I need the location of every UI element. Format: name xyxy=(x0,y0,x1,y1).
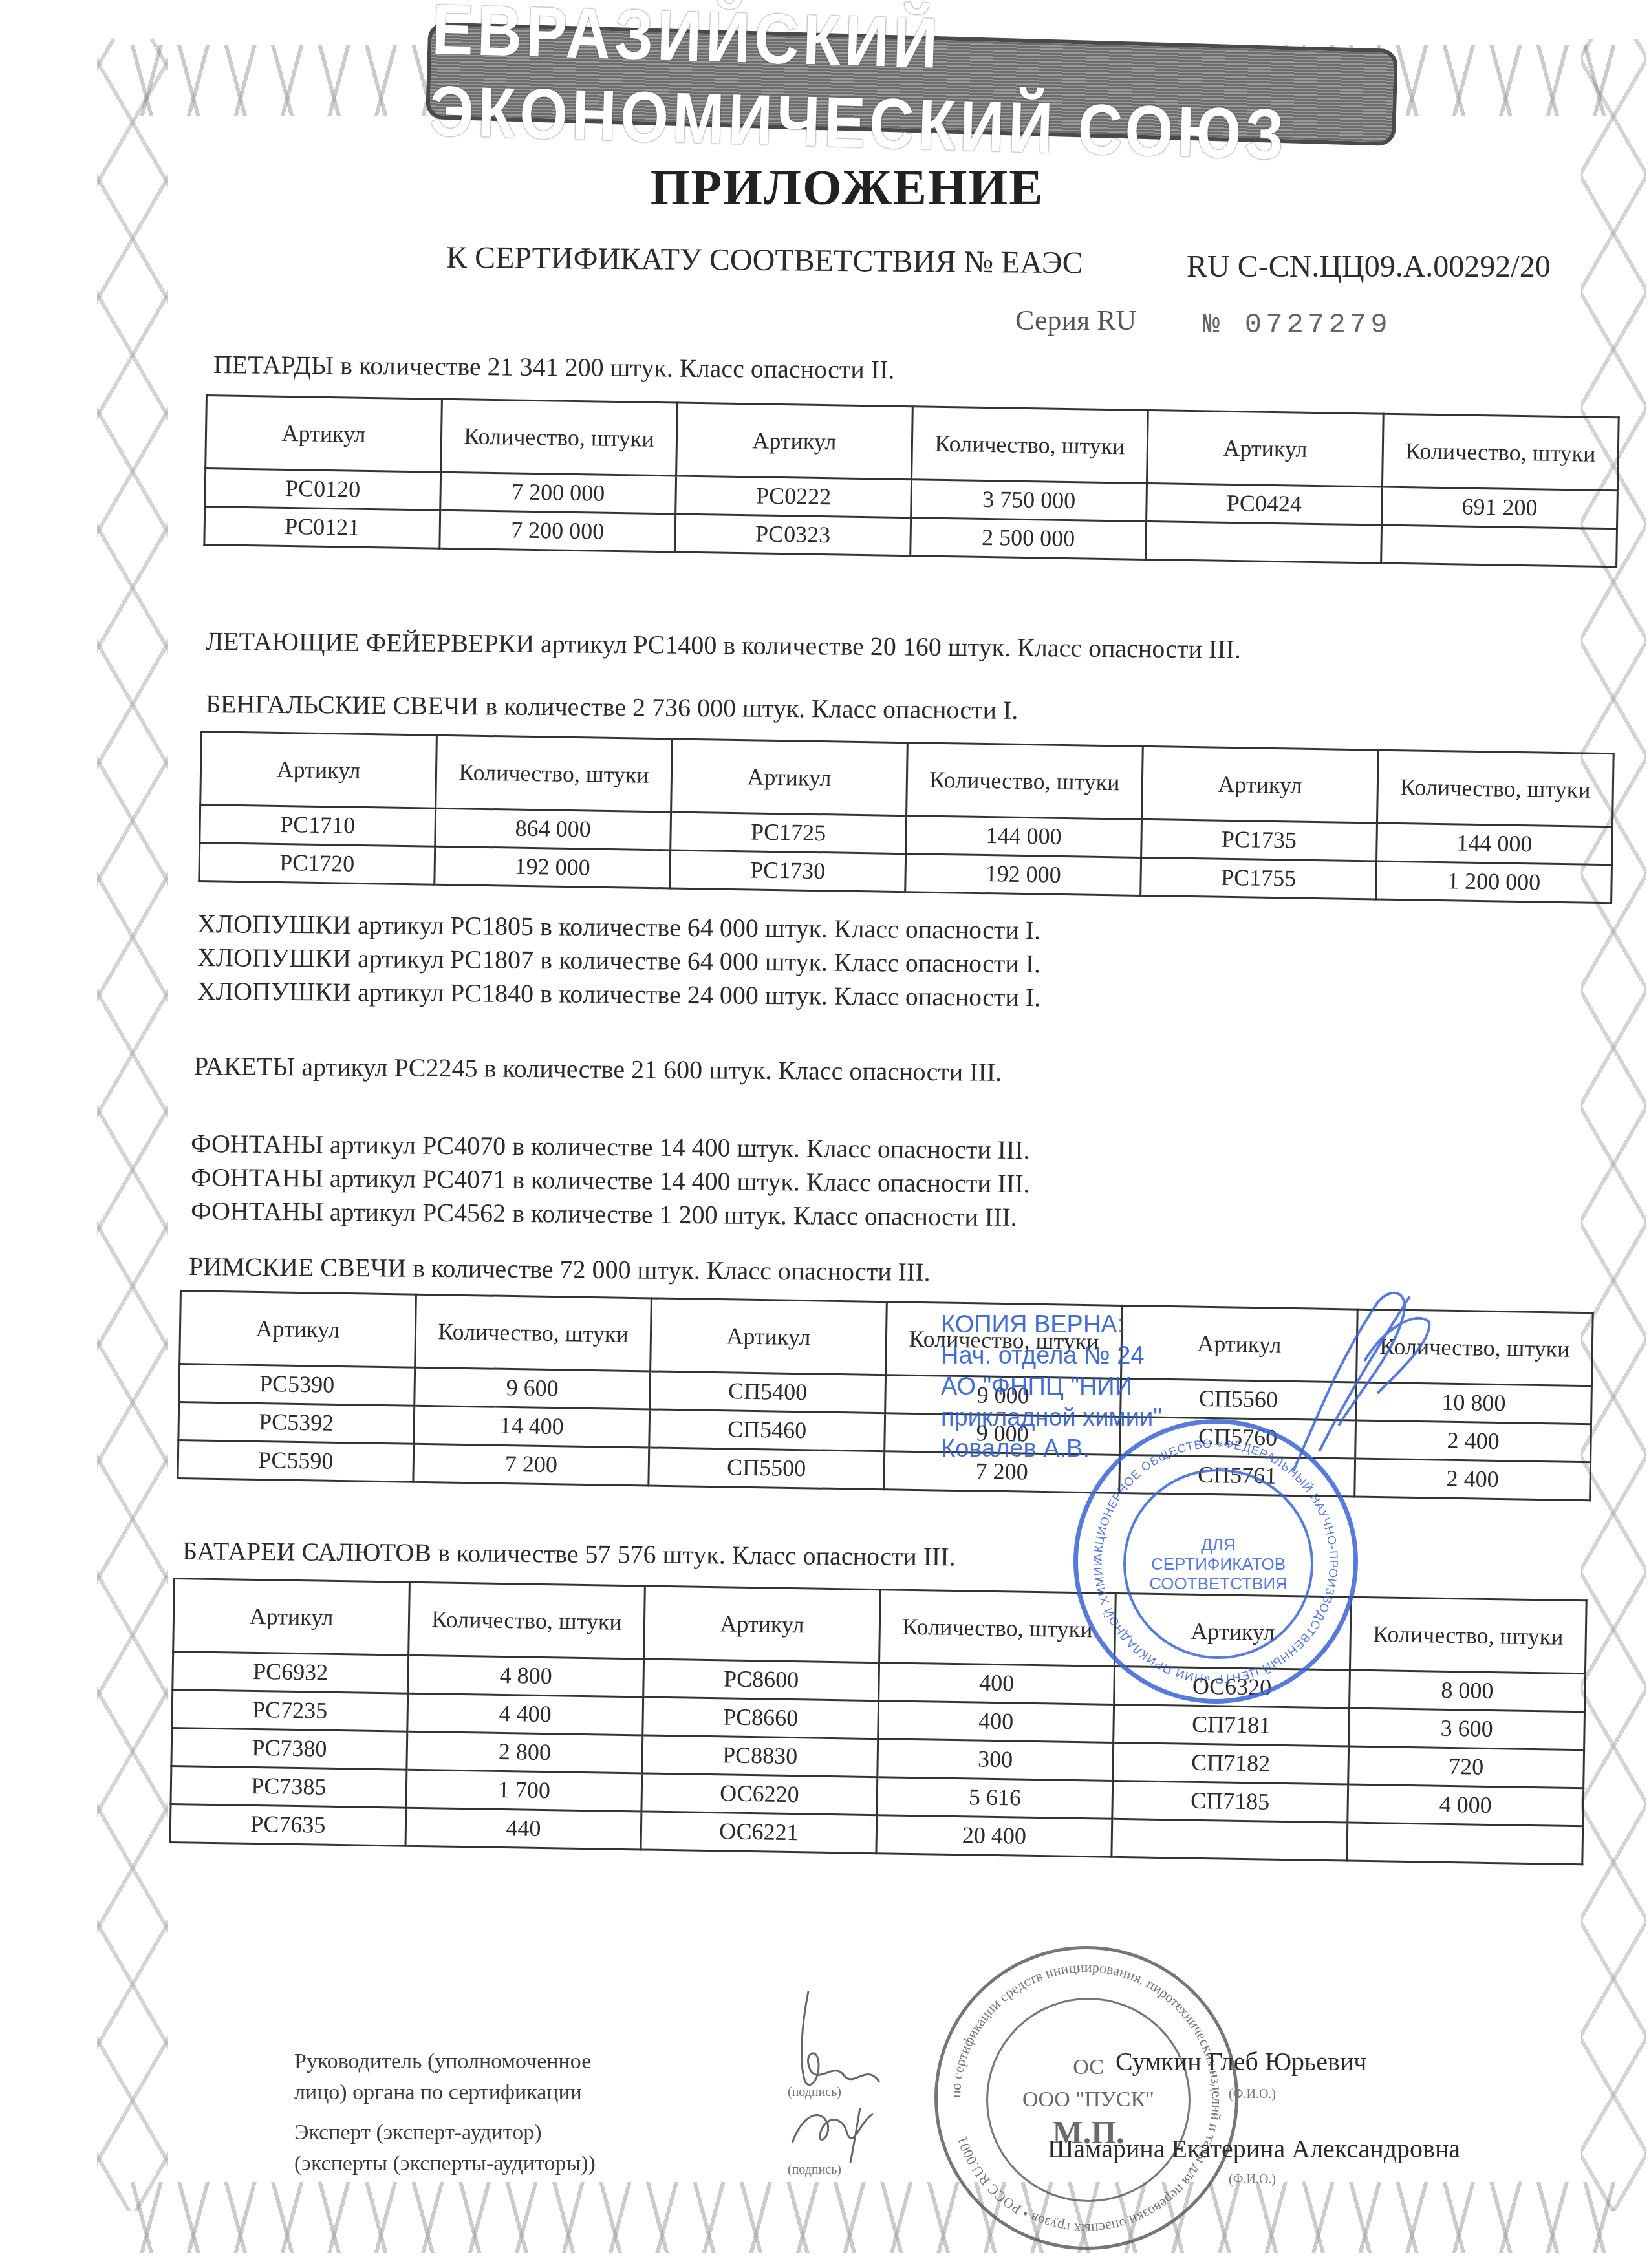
header-quantity: Количество, штуки xyxy=(912,407,1148,484)
header-quantity: Количество, штуки xyxy=(409,1582,645,1659)
expert-label: Эксперт (эксперт-аудитор) (эксперты (экс… xyxy=(294,2117,596,2179)
seal-center-line: ООО "ПУСК" xyxy=(1022,2084,1154,2116)
cell-quantity: 20 400 xyxy=(876,1815,1112,1857)
cell-quantity: 720 xyxy=(1348,1746,1584,1788)
section-flying-text: ЛЕТАЮЩИЕ ФЕЙЕРВЕРКИ артикул PC1400 в кол… xyxy=(206,626,1241,665)
cell-article: PC0120 xyxy=(205,469,441,511)
cell-quantity: 4 000 xyxy=(1348,1784,1584,1826)
header-article: Артикул xyxy=(200,732,437,809)
header-quantity: Количество, штуки xyxy=(907,743,1143,820)
handwritten-signature-icon xyxy=(782,1985,899,2166)
cell-article: PC7380 xyxy=(171,1728,407,1770)
header-article: Артикул xyxy=(671,739,908,816)
section-crackers-1: ХЛОПУШКИ артикул PC1805 в количестве 64 … xyxy=(197,908,1040,945)
header-quantity: Количество, штуки xyxy=(436,735,673,812)
cell-quantity: 14 400 xyxy=(414,1406,650,1448)
cell-article: PC7635 xyxy=(170,1804,406,1846)
section-fountains-2: ФОНТАНЫ артикул PC4071 в количестве 14 4… xyxy=(191,1162,1030,1199)
certificate-subtitle: К СЕРТИФИКАТУ СООТВЕТСТВИЯ № ЕАЭС xyxy=(446,240,1083,281)
certificate-number: RU C-CN.ЦЦ09.А.00292/20 xyxy=(1187,249,1551,284)
cell-quantity: 864 000 xyxy=(435,808,671,850)
page-title: ПРИЛОЖЕНИЕ xyxy=(0,158,1649,217)
cell-article: PC5392 xyxy=(178,1402,415,1444)
table-bengal: АртикулКоличество, штукиАртикулКоличеств… xyxy=(198,731,1614,904)
cell-article: PC5590 xyxy=(178,1440,414,1482)
decorative-border-left xyxy=(97,39,168,2211)
cell-quantity: 3 600 xyxy=(1349,1708,1585,1750)
cell-article: PC5390 xyxy=(179,1364,415,1406)
cell-quantity: 400 xyxy=(878,1701,1114,1743)
cell-article: PC1725 xyxy=(671,812,907,854)
section-crackers-2: ХЛОПУШКИ артикул PC1807 в количестве 64 … xyxy=(197,942,1040,979)
header-quantity: Количество, штуки xyxy=(1350,1597,1586,1674)
cell-article xyxy=(1112,1819,1348,1861)
cell-quantity: 8 000 xyxy=(1350,1670,1586,1712)
head-name: Сумкин Глеб Юрьевич xyxy=(1115,2046,1366,2077)
cell-article: PC8600 xyxy=(643,1659,879,1701)
cell-article: PC1735 xyxy=(1141,819,1377,861)
copy-stamp-line: КОПИЯ ВЕРНА: xyxy=(941,1309,1212,1340)
head-label-line: Руководитель (уполномоченное xyxy=(294,2046,591,2077)
cell-quantity: 192 000 xyxy=(905,854,1141,896)
section-fountains-3: ФОНТАНЫ артикул PC4562 в количестве 1 20… xyxy=(191,1195,1017,1232)
cell-article: PC7235 xyxy=(172,1690,408,1732)
cell-article: PC0222 xyxy=(676,476,912,518)
table-petardy: АртикулКоличество, штукиАртикулКоличеств… xyxy=(203,394,1619,568)
cell-quantity: 2 800 xyxy=(407,1731,643,1773)
signature-caption-2: (подпись) xyxy=(788,2163,841,2177)
cell-article: PC7385 xyxy=(171,1766,407,1808)
cell-quantity: 144 000 xyxy=(906,816,1142,858)
cell-quantity: 300 xyxy=(878,1739,1114,1781)
header-article: Артикул xyxy=(1142,746,1379,823)
header-article: Артикул xyxy=(173,1579,410,1656)
stamp-center-line: ДЛЯ xyxy=(1201,1535,1235,1554)
cell-article: ОС6221 xyxy=(641,1812,877,1854)
cell-article: PC1710 xyxy=(200,805,436,847)
section-petardy-text: ПЕТАРДЫ в количестве 21 341 200 штук. Кл… xyxy=(213,349,895,385)
stamp-center: ДЛЯ СЕРТИФИКАТОВ СООТВЕТСТВИЯ xyxy=(1123,1469,1313,1659)
cell-article: PC1730 xyxy=(670,850,906,892)
cell-article: СП5400 xyxy=(650,1371,886,1413)
cell-quantity: 7 200 000 xyxy=(440,472,676,514)
cell-quantity: 7 200 xyxy=(413,1444,649,1486)
header-article: Артикул xyxy=(1147,410,1384,487)
cell-quantity xyxy=(1381,525,1617,567)
section-crackers-3: ХЛОПУШКИ артикул PC1840 в количестве 24 … xyxy=(197,976,1040,1012)
header-article: Артикул xyxy=(644,1586,881,1663)
section-bengal-text: БЕНГАЛЬСКИЕ СВЕЧИ в количестве 2 736 000… xyxy=(206,689,1018,725)
cell-quantity: 5 616 xyxy=(877,1777,1113,1819)
header-quantity: Количество, штуки xyxy=(415,1294,652,1371)
seal-center: ОС ООО "ПУСК" М.П. xyxy=(986,1998,1191,2202)
cell-article: PC0323 xyxy=(675,514,911,556)
certification-body-seal: по сертификации средств инициирования, п… xyxy=(934,1946,1238,2250)
decorative-border-bottom xyxy=(129,2182,1617,2253)
cell-article: СП5500 xyxy=(649,1448,885,1490)
table-batteries: АртикулКоличество, штукиАртикулКоличеств… xyxy=(169,1578,1588,1865)
cell-quantity: 192 000 xyxy=(435,846,671,888)
header-quantity: Количество, штуки xyxy=(441,399,678,476)
header-article: Артикул xyxy=(676,403,913,480)
expert-label-line: Эксперт (эксперт-аудитор) xyxy=(294,2117,596,2148)
copy-stamp-line: АО "ФНПЦ "НИИ xyxy=(941,1371,1212,1402)
header-quantity: Количество, штуки xyxy=(1377,750,1613,827)
expert-name: Шамарина Екатерина Александровна xyxy=(1048,2134,1460,2164)
header-article: Артикул xyxy=(180,1291,416,1368)
cell-quantity: 4 400 xyxy=(407,1693,643,1735)
union-banner-text: ЕВРАЗИЙСКИЙ ЭКОНОМИЧЕСКИЙ СОЮЗ xyxy=(429,0,1395,179)
cell-quantity: 4 800 xyxy=(408,1655,644,1697)
stamp-center-line: СООТВЕТСТВИЯ xyxy=(1149,1574,1288,1593)
cell-quantity: 9 600 xyxy=(415,1367,651,1409)
cell-article: ОС6220 xyxy=(641,1773,878,1815)
cell-quantity: 3 750 000 xyxy=(911,480,1147,522)
section-fountains-1: ФОНТАНЫ артикул PC4070 в количестве 14 4… xyxy=(191,1128,1030,1165)
series-label: Серия RU xyxy=(1015,304,1136,337)
cell-quantity: 2 500 000 xyxy=(911,518,1147,560)
seal-center-line: ОС xyxy=(1073,2051,1104,2084)
cell-quantity xyxy=(1347,1823,1583,1865)
cell-article: PC0121 xyxy=(204,507,440,549)
decorative-border-right xyxy=(1581,39,1646,2211)
cell-quantity: 1 700 xyxy=(406,1770,642,1812)
section-roman-text: РИМСКИЕ СВЕЧИ в количестве 72 000 штук. … xyxy=(189,1251,931,1287)
cell-quantity: 440 xyxy=(405,1808,641,1850)
cell-quantity: 691 200 xyxy=(1382,487,1618,529)
cell-article: PC8830 xyxy=(642,1735,878,1777)
signature-caption-1: (подпись) xyxy=(788,2085,841,2100)
cell-article: СП5460 xyxy=(649,1409,885,1451)
cell-article: PC8660 xyxy=(643,1697,879,1739)
cell-quantity: 7 200 000 xyxy=(440,510,676,552)
series-number: № 0727279 xyxy=(1203,309,1392,341)
head-of-body-label: Руководитель (уполномоченное лицо) орган… xyxy=(294,2046,591,2108)
cell-article: PC1720 xyxy=(199,843,435,885)
cell-article: PC6932 xyxy=(173,1652,409,1694)
cell-article: СП7182 xyxy=(1113,1742,1349,1784)
stamp-center-line: СЕРТИФИКАТОВ xyxy=(1151,1554,1286,1574)
header-article: Артикул xyxy=(651,1298,887,1375)
header-quantity: Количество, штуки xyxy=(1382,414,1619,491)
copy-stamp-line: Нач. отдела № 24 xyxy=(941,1340,1212,1371)
cell-article: PC0424 xyxy=(1147,483,1383,525)
header-article: Артикул xyxy=(206,396,442,473)
cell-article xyxy=(1146,521,1382,563)
name-caption-1: (Ф.И.О.) xyxy=(1229,2087,1276,2102)
section-batteries-text: БАТАРЕИ САЛЮТОВ в количестве 57 576 штук… xyxy=(182,1535,956,1572)
section-rockets: РАКЕТЫ артикул PC2245 в количестве 21 60… xyxy=(194,1051,1002,1087)
expert-label-line: (эксперты (эксперты-аудиторы)) xyxy=(294,2148,596,2179)
cell-quantity: 1 200 000 xyxy=(1376,861,1612,903)
cell-article: СП7185 xyxy=(1112,1781,1348,1823)
name-caption-2: (Ф.И.О.) xyxy=(1229,2172,1276,2187)
cell-article: PC1755 xyxy=(1141,857,1377,899)
cell-quantity: 144 000 xyxy=(1377,823,1613,865)
union-banner: ЕВРАЗИЙСКИЙ ЭКОНОМИЧЕСКИЙ СОЮЗ xyxy=(426,22,1398,146)
cell-article: СП7181 xyxy=(1114,1704,1350,1746)
head-label-line: лицо) органа по сертификации xyxy=(294,2077,591,2108)
organization-round-stamp: АКЦИОНЕРНОЕ ОБЩЕСТВО «ФЕДЕРАЛЬНЫЙ НАУЧНО… xyxy=(1073,1419,1358,1704)
